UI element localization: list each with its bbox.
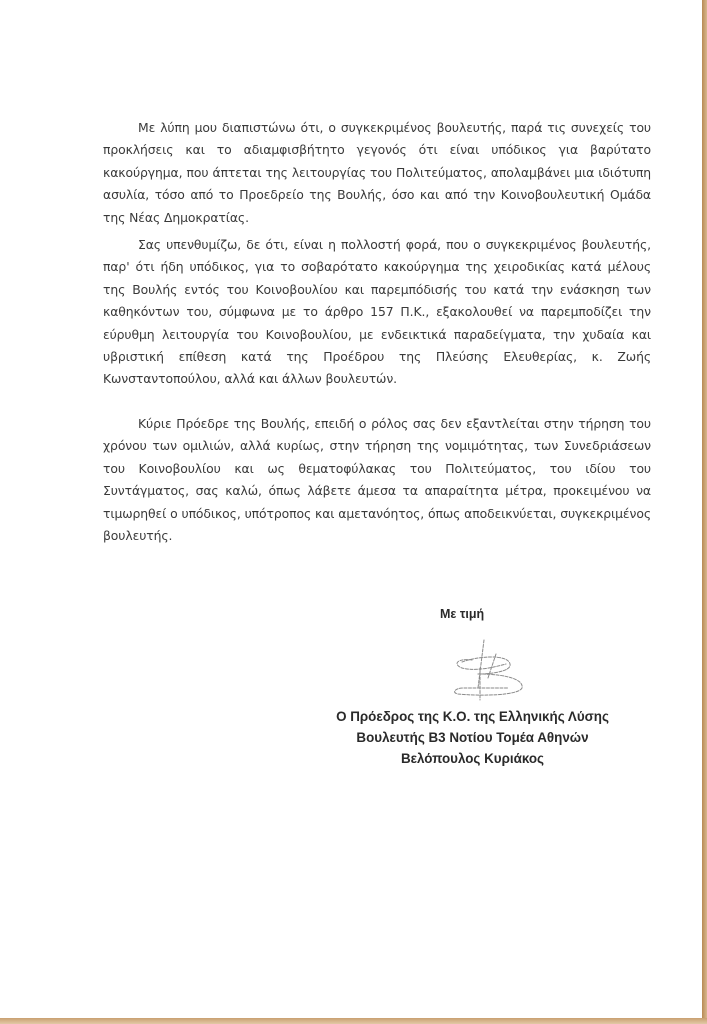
signatory-name: Βελόπουλος Κυριάκος — [300, 748, 645, 769]
paragraph-2-container: Σας υπενθυμίζω, δε ότι, είναι η πολλοστή… — [103, 234, 651, 391]
closing-salutation: Με τιμή — [440, 607, 484, 621]
paper-right-edge — [702, 0, 707, 1024]
paragraph-3-container: Κύριε Πρόεδρε της Βουλής, επειδή ο ρόλος… — [103, 413, 651, 547]
signatory-title: Ο Πρόεδρος της Κ.Ο. της Ελληνικής Λύσης — [300, 706, 645, 727]
signatory-block: Ο Πρόεδρος της Κ.Ο. της Ελληνικής Λύσης … — [300, 706, 645, 769]
signatory-position: Βουλευτής Β3 Νοτίου Τομέα Αθηνών — [300, 727, 645, 748]
paragraph-3: Κύριε Πρόεδρε της Βουλής, επειδή ο ρόλος… — [103, 413, 651, 547]
paragraph-1: Με λύπη μου διαπιστώνω ότι, ο συγκεκριμέ… — [103, 117, 651, 229]
paragraph-1-container: Με λύπη μου διαπιστώνω ότι, ο συγκεκριμέ… — [103, 117, 651, 229]
paper-bottom-edge — [0, 1018, 707, 1024]
document-page: Με λύπη μου διαπιστώνω ότι, ο συγκεκριμέ… — [0, 0, 702, 1018]
signature-icon — [448, 638, 538, 702]
paragraph-2: Σας υπενθυμίζω, δε ότι, είναι η πολλοστή… — [103, 234, 651, 391]
